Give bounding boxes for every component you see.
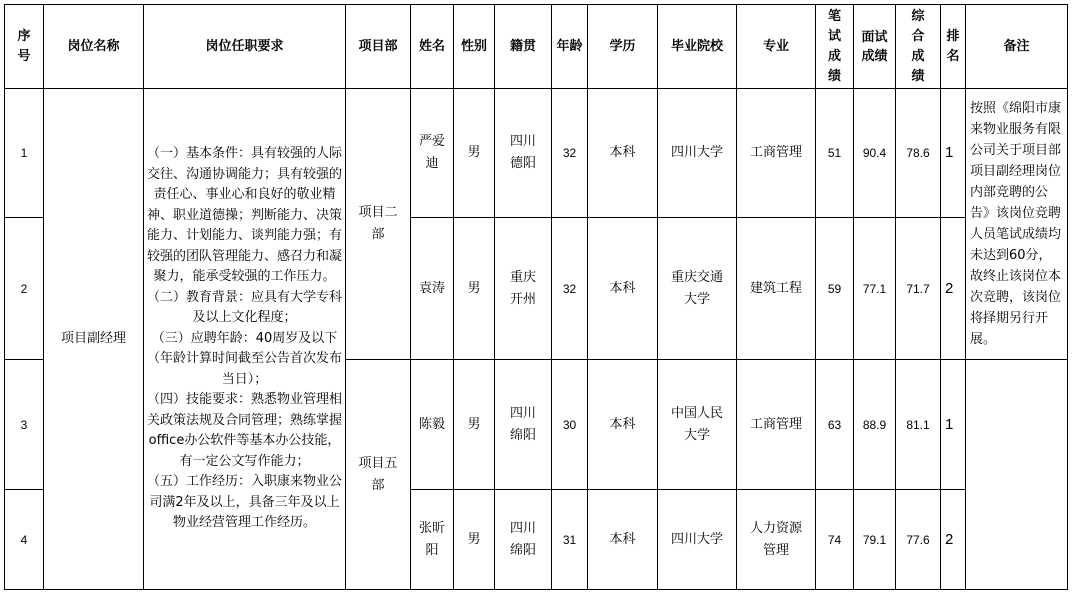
header-total: 综合成绩 xyxy=(896,5,941,89)
header-seq: 序号 xyxy=(5,5,44,89)
cell-name: 严爱迪 xyxy=(411,89,454,218)
cell-origin: 重庆开州 xyxy=(495,218,552,360)
cell-name: 张昕阳 xyxy=(411,490,454,590)
cell-written: 74 xyxy=(816,490,854,590)
cell-total: 78.6 xyxy=(896,89,941,218)
header-position: 岗位名称 xyxy=(44,5,144,89)
cell-major: 建筑工程 xyxy=(737,218,816,360)
header-major: 专业 xyxy=(737,5,816,89)
header-interview: 面试成绩 xyxy=(854,5,896,89)
header-name: 姓名 xyxy=(411,5,454,89)
cell-requirements: （一）基本条件：具有较强的人际交往、沟通协调能力；具有较强的责任心、事业心和良好… xyxy=(144,89,346,590)
cell-remark: 按照《绵阳市康来物业服务有限公司关于项目部项目副经理岗位内部竞聘的公告》该岗位竞… xyxy=(966,89,1068,360)
cell-written: 63 xyxy=(816,360,854,490)
cell-education: 本科 xyxy=(588,490,658,590)
requirement-3: （三）应聘年龄：40周岁及以下（年龄计算时间截至公告首次发布当日）； xyxy=(146,329,343,391)
cell-rank: 2 xyxy=(941,490,966,590)
header-age: 年龄 xyxy=(552,5,588,89)
cell-origin: 四川德阳 xyxy=(495,89,552,218)
cell-remark-empty xyxy=(966,360,1068,590)
cell-major: 工商管理 xyxy=(737,89,816,218)
cell-seq: 3 xyxy=(5,360,44,490)
cell-total: 77.6 xyxy=(896,490,941,590)
cell-seq: 4 xyxy=(5,490,44,590)
cell-written: 59 xyxy=(816,218,854,360)
cell-total: 81.1 xyxy=(896,360,941,490)
cell-rank: 1 xyxy=(941,89,966,218)
cell-age: 32 xyxy=(552,218,588,360)
cell-name: 陈毅 xyxy=(411,360,454,490)
cell-department: 项目五部 xyxy=(346,360,411,590)
results-table: 序号 岗位名称 岗位任职要求 项目部 姓名 性别 籍贯 年龄 学历 毕业院校 专… xyxy=(4,4,1068,590)
header-education: 学历 xyxy=(588,5,658,89)
cell-written: 51 xyxy=(816,89,854,218)
requirement-4: （四）技能要求：熟悉物业管理相关政策法规及合同管理；熟练掌握office办公软件… xyxy=(146,390,343,472)
cell-school: 四川大学 xyxy=(658,490,737,590)
cell-rank: 2 xyxy=(941,218,966,360)
requirement-1: （一）基本条件：具有较强的人际交往、沟通协调能力；具有较强的责任心、事业心和良好… xyxy=(146,144,343,288)
cell-gender: 男 xyxy=(454,360,495,490)
cell-interview: 88.9 xyxy=(854,360,896,490)
cell-age: 31 xyxy=(552,490,588,590)
cell-school: 四川大学 xyxy=(658,89,737,218)
cell-position: 项目副经理 xyxy=(44,89,144,590)
cell-age: 32 xyxy=(552,89,588,218)
cell-gender: 男 xyxy=(454,89,495,218)
cell-seq: 2 xyxy=(5,218,44,360)
header-department: 项目部 xyxy=(346,5,411,89)
cell-major: 工商管理 xyxy=(737,360,816,490)
table-row: 1 项目副经理 （一）基本条件：具有较强的人际交往、沟通协调能力；具有较强的责任… xyxy=(5,89,1068,218)
header-remark: 备注 xyxy=(966,5,1068,89)
cell-name: 袁涛 xyxy=(411,218,454,360)
cell-school: 重庆交通大学 xyxy=(658,218,737,360)
cell-major: 人力资源管理 xyxy=(737,490,816,590)
cell-department: 项目二部 xyxy=(346,89,411,360)
header-row: 序号 岗位名称 岗位任职要求 项目部 姓名 性别 籍贯 年龄 学历 毕业院校 专… xyxy=(5,5,1068,89)
cell-origin: 四川绵阳 xyxy=(495,490,552,590)
cell-seq: 1 xyxy=(5,89,44,218)
cell-education: 本科 xyxy=(588,218,658,360)
cell-age: 30 xyxy=(552,360,588,490)
header-written: 笔试成绩 xyxy=(816,5,854,89)
header-rank: 排名 xyxy=(941,5,966,89)
header-school: 毕业院校 xyxy=(658,5,737,89)
requirement-2: （二）教育背景：应具有大学专科及以上文化程度； xyxy=(146,288,343,329)
cell-education: 本科 xyxy=(588,89,658,218)
cell-interview: 90.4 xyxy=(854,89,896,218)
cell-origin: 四川绵阳 xyxy=(495,360,552,490)
header-origin: 籍贯 xyxy=(495,5,552,89)
header-gender: 性别 xyxy=(454,5,495,89)
cell-gender: 男 xyxy=(454,218,495,360)
cell-interview: 79.1 xyxy=(854,490,896,590)
header-requirements: 岗位任职要求 xyxy=(144,5,346,89)
cell-education: 本科 xyxy=(588,360,658,490)
cell-school: 中国人民大学 xyxy=(658,360,737,490)
requirement-5: （五）工作经历：入职康来物业公司满2年及以上，具备三年及以上物业经营管理工作经历… xyxy=(146,472,343,534)
cell-total: 71.7 xyxy=(896,218,941,360)
cell-interview: 77.1 xyxy=(854,218,896,360)
cell-rank: 1 xyxy=(941,360,966,490)
cell-gender: 男 xyxy=(454,490,495,590)
